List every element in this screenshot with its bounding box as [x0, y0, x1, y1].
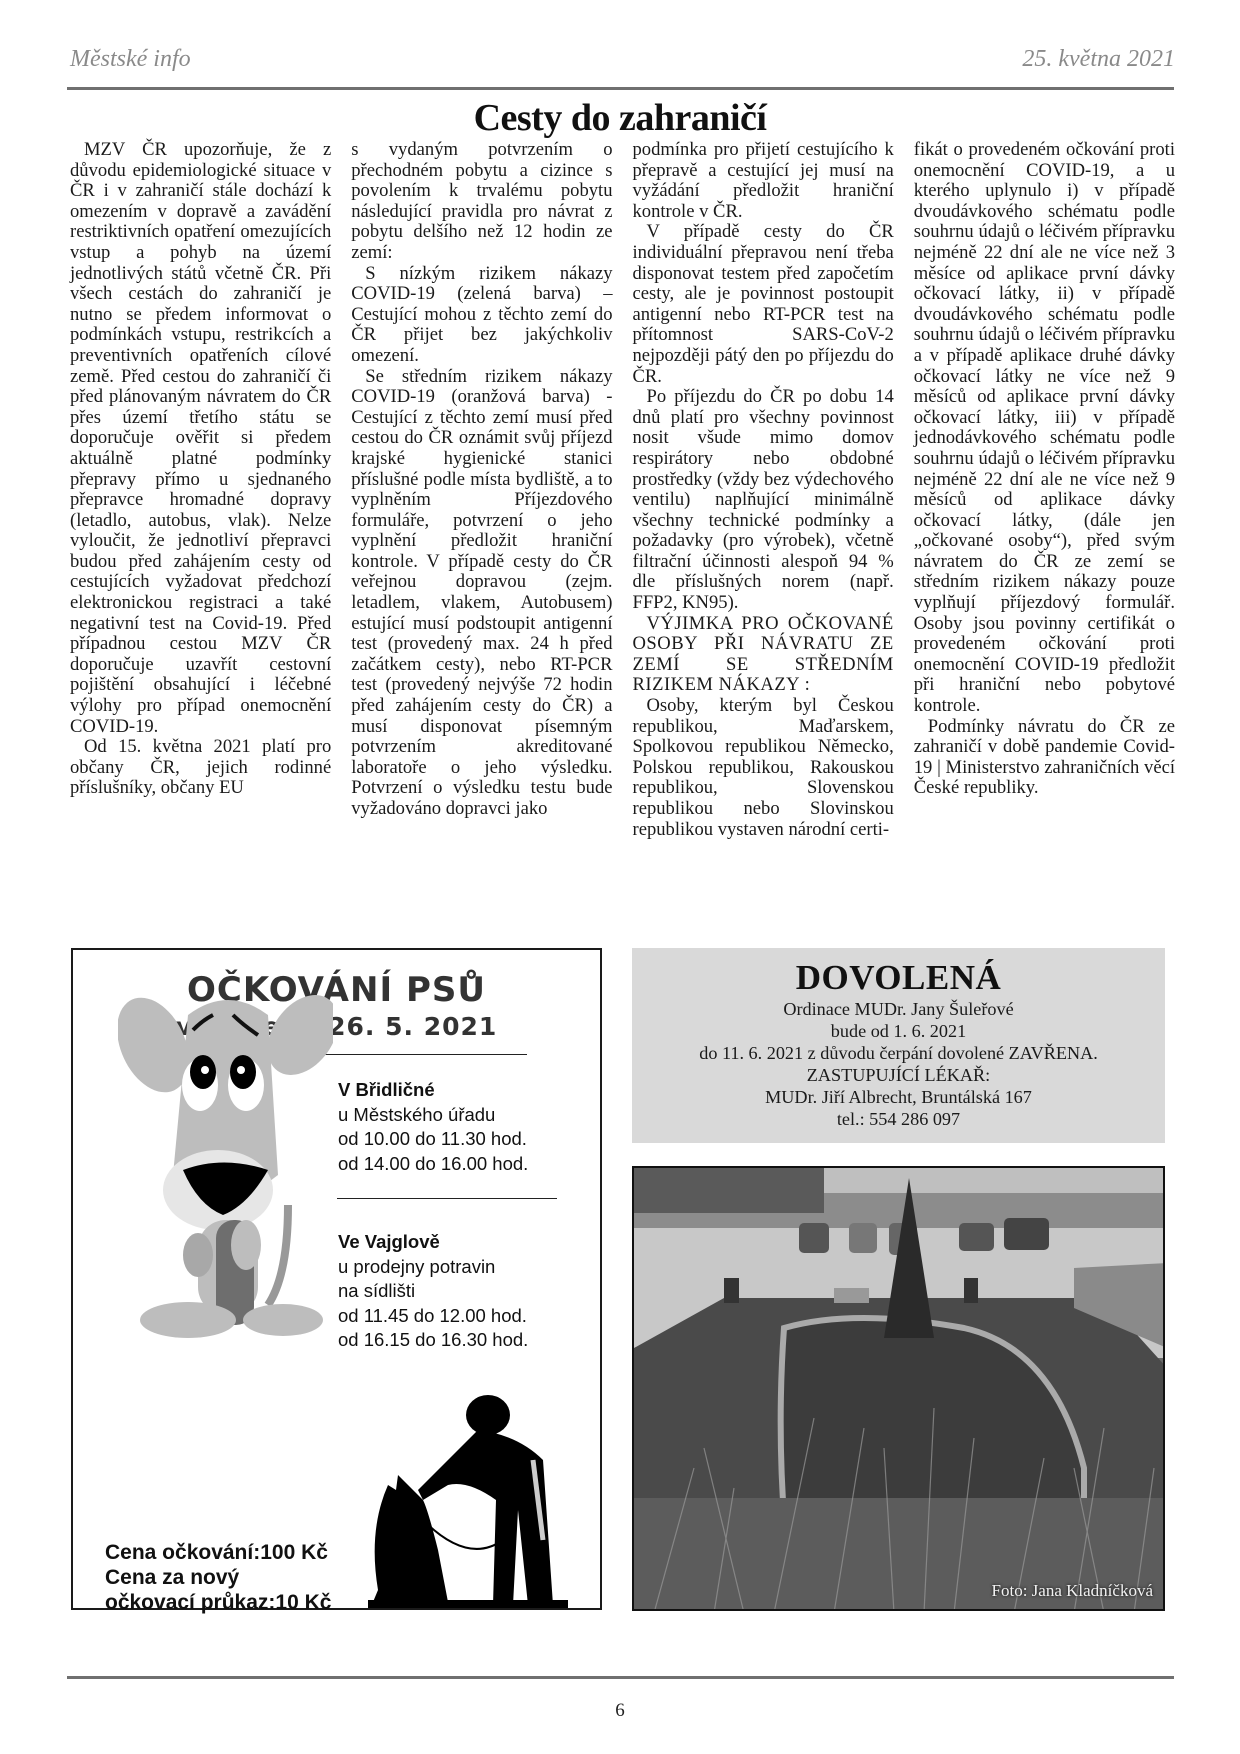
paragraph: S nízkým rizikem nákazy COVID-19 (zelená…	[351, 264, 612, 367]
location-detail: u Městského úřadu	[338, 1103, 528, 1128]
paragraph: Od 15. května 2021 platí pro občany ČR, …	[70, 737, 331, 799]
notice-line: MUDr. Jiří Albrecht, Bruntálská 167	[632, 1086, 1165, 1108]
person-with-dog-icon	[368, 1390, 568, 1608]
paragraph: s vydaným potvrzením o přechodném pobytu…	[351, 140, 612, 264]
paragraph: MZV ČR upozorňuje, že z důvodu epidemiol…	[70, 140, 331, 737]
time-slot: od 16.15 do 16.30 hod.	[338, 1328, 528, 1353]
publication-name: Městské info	[70, 46, 191, 73]
location-vajglov: Ve Vajglově u prodejny potravin na sídli…	[338, 1230, 528, 1353]
paragraph: Podmínky návratu do ČR ze zahraničí v do…	[914, 717, 1175, 799]
notice-line: ZASTUPUJÍCÍ LÉKAŘ:	[632, 1064, 1165, 1086]
notice-title: DOVOLENÁ	[632, 958, 1165, 998]
park-photo-image	[634, 1168, 1165, 1611]
paragraph: fikát o provedeném očkování proti onemoc…	[914, 140, 1175, 717]
time-slot: od 11.45 do 12.00 hod.	[338, 1304, 528, 1329]
article-column-1: MZV ČR upozorňuje, že z důvodu epidemiol…	[70, 140, 331, 940]
booklet-price: očkovací průkaz:10 Kč	[105, 1590, 331, 1615]
paragraph-exception-heading: VÝJIMKA PRO OČKOVANÉ OSOBY PŘI NÁVRATU Z…	[633, 614, 894, 696]
paragraph: Osoby, kterým byl Českou republikou, Maď…	[633, 696, 894, 840]
paragraph: Se středním rizikem nákazy COVID-19 (ora…	[351, 367, 612, 820]
vaccination-price: Cena očkování:100 Kč	[105, 1540, 331, 1565]
divider	[337, 1198, 557, 1199]
paragraph: V případě cesty do ČR individuální přepr…	[633, 222, 894, 387]
article-column-3: podmínka pro přijetí cestujícího k přepr…	[633, 140, 894, 940]
time-slot: od 14.00 do 16.00 hod.	[338, 1152, 528, 1177]
article-column-4: fikát o provedeném očkování proti onemoc…	[914, 140, 1175, 940]
notice-line: Ordinace MUDr. Jany Šuleřové	[632, 998, 1165, 1020]
time-slot: od 10.00 do 11.30 hod.	[338, 1127, 528, 1152]
header-divider	[67, 87, 1174, 90]
photo-credit: Foto: Jana Kladníčková	[992, 1581, 1153, 1601]
location-detail: na sídlišti	[338, 1279, 528, 1304]
issue-date: 25. května 2021	[1022, 46, 1175, 73]
page-number: 6	[0, 1700, 1240, 1722]
article-title: Cesty do zahraničí	[0, 96, 1240, 140]
article-column-2: s vydaným potvrzením o přechodném pobytu…	[351, 140, 612, 940]
location-name: V Břidličné	[338, 1079, 435, 1100]
vacation-notice: DOVOLENÁ Ordinace MUDr. Jany Šuleřové bu…	[632, 948, 1165, 1143]
park-photo: Foto: Jana Kladníčková	[632, 1166, 1165, 1611]
notice-line: bude od 1. 6. 2021	[632, 1020, 1165, 1042]
paragraph: Po příjezdu do ČR po dobu 14 dnů platí p…	[633, 387, 894, 614]
cartoon-dog-icon	[118, 975, 333, 1345]
booklet-price-label: Cena za nový	[105, 1565, 331, 1590]
location-name: Ve Vajglově	[338, 1231, 440, 1252]
paragraph: podmínka pro přijetí cestujícího k přepr…	[633, 140, 894, 222]
article-body: MZV ČR upozorňuje, že z důvodu epidemiol…	[70, 140, 1175, 940]
price-info: Cena očkování:100 Kč Cena za nový očkova…	[105, 1540, 331, 1615]
phone-number: tel.: 554 286 097	[632, 1108, 1165, 1130]
footer-divider	[67, 1676, 1174, 1679]
location-bridlicna: V Břidličné u Městského úřadu od 10.00 d…	[338, 1078, 528, 1176]
location-detail: u prodejny potravin	[338, 1255, 528, 1280]
dog-vaccination-notice: OČKOVÁNÍ PSŮ ve středu 26. 5. 2021 V Bři…	[71, 948, 602, 1610]
notice-line: do 11. 6. 2021 z důvodu čerpání dovolené…	[632, 1042, 1165, 1064]
